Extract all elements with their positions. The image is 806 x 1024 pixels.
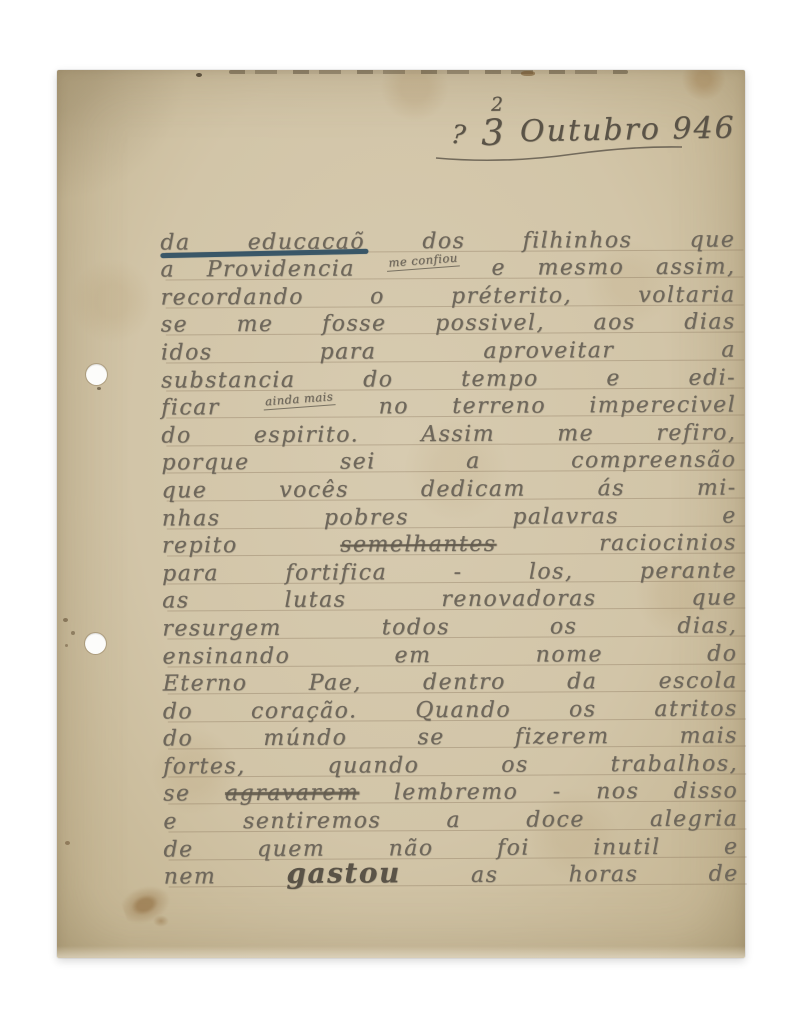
word: Eterno — [163, 673, 248, 695]
word: da — [567, 671, 597, 693]
word: nos — [596, 781, 639, 803]
word: ensinando — [162, 645, 290, 668]
manuscript-page: ? 2 3 Outubro 946 daeducacaõdosfilhinhos… — [57, 70, 745, 958]
word: mais — [680, 726, 738, 748]
word: as — [162, 591, 190, 613]
ink-speck — [63, 618, 68, 622]
word: porque — [161, 452, 249, 474]
word: fizerem — [515, 726, 610, 748]
word: e — [163, 811, 178, 833]
word: Quando — [415, 699, 511, 722]
word: que — [691, 588, 737, 610]
word: em — [394, 645, 431, 667]
manuscript-line: ensinandoemnomedo — [162, 639, 737, 670]
word: renovadoras — [441, 589, 596, 612]
manuscript-line: esentiremosadocealegria — [163, 805, 738, 836]
manuscript-line: nhaspobrespalavrase — [162, 501, 737, 532]
word: mesmo — [537, 257, 624, 279]
manuscript-line: aProvidenciame confiouemesmoassim, — [160, 253, 735, 284]
word: do — [363, 369, 393, 391]
word: coração. — [251, 700, 358, 723]
stain — [153, 915, 169, 927]
scan-background: ? 2 3 Outubro 946 daeducacaõdosfilhinhos… — [0, 0, 806, 1024]
word: fortifica — [285, 562, 387, 585]
word: vocês — [279, 479, 349, 501]
word: - — [453, 562, 462, 584]
word: refiro, — [656, 422, 736, 444]
ink-speck — [65, 644, 68, 647]
word: palavras — [512, 506, 619, 529]
word: substancia — [161, 369, 296, 392]
manuscript-line: dequemnãofoiinutile — [163, 833, 738, 864]
word: voltaria — [638, 284, 735, 307]
word: aos — [593, 312, 635, 334]
manuscript-line: semefossepossivel,aosdias — [161, 308, 736, 339]
manuscript-line: ficarainda maisnoterrenoimperecivel — [161, 391, 736, 422]
ink-speck — [521, 71, 535, 76]
word: fortes, — [163, 756, 246, 778]
word: inutil — [593, 837, 660, 859]
word: alegria — [650, 809, 739, 831]
word: lutas — [284, 590, 346, 612]
manuscript-line: fortes,quandoostrabalhos, — [163, 750, 738, 781]
word: edi- — [688, 367, 736, 389]
word: Pae, — [309, 673, 362, 695]
word: sentiremos — [243, 810, 381, 833]
word: a — [466, 451, 481, 473]
manuscript-line: repitosemelhantesraciocinios — [162, 529, 737, 560]
word: Providencia — [207, 259, 355, 282]
word: lembremo — [394, 782, 519, 805]
word: Assim — [421, 424, 495, 446]
word: educacaõ — [248, 231, 366, 254]
word: me — [237, 314, 274, 336]
manuscript-line: EternoPae,dentrodaescola — [163, 667, 738, 698]
word: trabalhos, — [611, 753, 739, 776]
ink-speck — [65, 841, 70, 845]
date-underline-flourish — [434, 144, 684, 162]
word: do — [161, 425, 191, 447]
inserted-word: me confiou — [386, 252, 460, 271]
manuscript-line: porqueseiacompreensão — [161, 446, 736, 477]
word: a — [160, 260, 175, 282]
word: aproveitar — [483, 340, 614, 363]
manuscript-line: doespirito.Assimmerefiro, — [161, 419, 736, 450]
word: recordando — [161, 287, 304, 310]
word: atritos — [654, 698, 738, 720]
word: repito — [162, 535, 238, 557]
word: e — [491, 258, 506, 280]
word: mi- — [697, 477, 737, 499]
manuscript-line: aslutasrenovadorasque — [162, 584, 737, 615]
word: possivel, — [435, 313, 545, 336]
word: se — [417, 727, 444, 749]
word: do — [163, 701, 193, 723]
word: os — [550, 616, 578, 638]
word: se — [163, 784, 190, 806]
word: o — [370, 286, 385, 308]
word: para — [320, 341, 377, 363]
word: filhinhos — [523, 230, 633, 253]
word: nhas — [162, 508, 221, 530]
word: pobres — [324, 507, 409, 529]
manuscript-text: daeducacaõdosfilhinhosqueaProvidenciame … — [160, 225, 738, 890]
punch-hole-bottom — [85, 633, 106, 654]
ink-speck — [196, 73, 202, 77]
word: gastou — [286, 860, 401, 889]
word: que — [690, 229, 736, 251]
word: ás — [598, 478, 626, 500]
word: da — [160, 232, 190, 254]
word: múndo — [263, 728, 347, 750]
word: se — [161, 315, 188, 337]
word: fosse — [322, 314, 387, 336]
word: todos — [382, 617, 450, 639]
word: quando — [327, 755, 419, 777]
word: os — [501, 754, 529, 776]
word: e — [724, 836, 739, 858]
manuscript-line: seagravaremlembremo-nosdisso — [163, 777, 738, 808]
word: doce — [526, 809, 585, 831]
word: dias, — [677, 615, 737, 637]
word: foi — [497, 837, 530, 859]
word: perante — [640, 560, 737, 583]
manuscript-line: quevocêsdedicamásmi- — [162, 474, 737, 505]
word: e — [606, 368, 621, 390]
word: dias — [684, 312, 736, 334]
manuscript-line: substanciadotempoeedi- — [161, 363, 736, 394]
word: dedicam — [421, 479, 526, 502]
word: de — [163, 839, 193, 861]
inserted-word: ainda mais — [263, 391, 336, 410]
manuscript-line: domúndosefizeremmais — [163, 722, 738, 753]
word: no — [378, 396, 409, 418]
word: do — [163, 729, 193, 751]
manuscript-line: docoração.Quandoosatritos — [163, 695, 738, 726]
word: os — [569, 699, 597, 721]
word: disso — [674, 781, 739, 803]
word: assim, — [656, 257, 736, 279]
word: as — [471, 865, 499, 887]
word: préterito, — [451, 285, 572, 308]
word: de — [708, 864, 738, 886]
word: terreno — [452, 396, 546, 418]
word: nome — [536, 644, 603, 666]
word: agravarem — [225, 783, 359, 806]
word: resurgem — [162, 618, 282, 641]
word: do — [707, 643, 737, 665]
word: a — [721, 339, 736, 361]
word: para — [162, 563, 219, 585]
word: e — [722, 505, 737, 527]
word: horas — [568, 864, 638, 886]
word: - — [553, 782, 562, 804]
punch-hole-top — [86, 364, 107, 385]
manuscript-line: idosparaaproveitara — [161, 336, 736, 367]
word: nem — [164, 866, 217, 888]
word: me — [557, 423, 594, 445]
word: dentro — [423, 672, 506, 694]
word: a — [446, 810, 461, 832]
ink-speck — [97, 387, 101, 390]
manuscript-line: nemgastouashorasde — [164, 860, 739, 891]
word: dos — [422, 231, 465, 253]
word: imperecivel — [589, 395, 736, 418]
word: tempo — [461, 368, 539, 390]
manuscript-line: recordandoopréterito,voltaria — [161, 281, 736, 312]
word: sei — [340, 452, 376, 474]
word: raciocinios — [599, 533, 737, 556]
word: ficar — [161, 397, 220, 419]
word: compreensão — [571, 450, 737, 473]
word: idos — [161, 342, 213, 364]
word: escola — [659, 671, 738, 693]
word: semelhantes — [340, 534, 496, 557]
word: que — [162, 480, 208, 502]
ink-speck — [71, 631, 75, 635]
manuscript-line: parafortifica-los,perante — [162, 557, 737, 588]
word: espirito. — [254, 424, 359, 447]
word: los, — [529, 561, 574, 583]
manuscript-line: resurgemtodososdias, — [162, 612, 737, 643]
